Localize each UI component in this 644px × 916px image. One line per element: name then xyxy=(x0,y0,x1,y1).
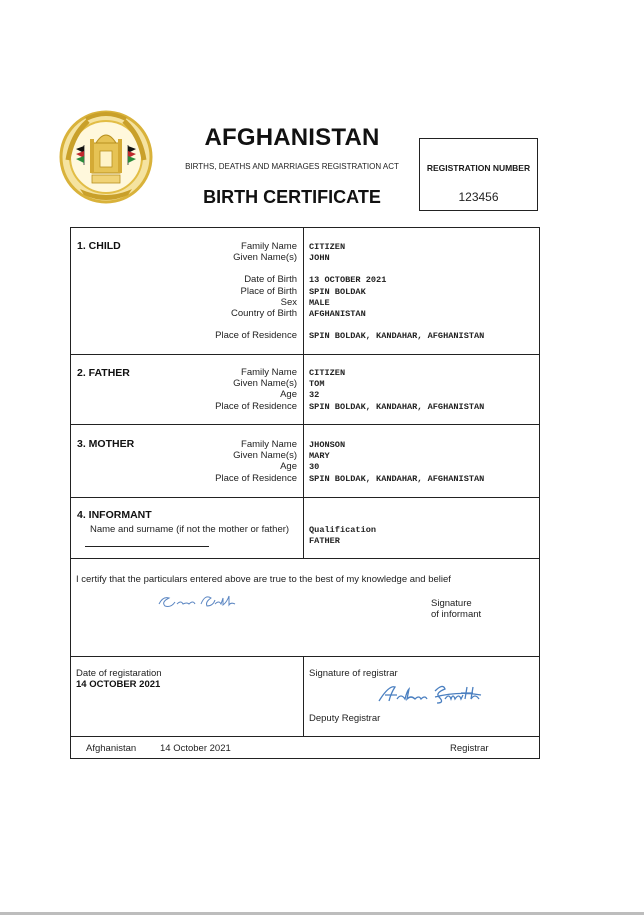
mother-labels: Family Name Given Name(s) Age Place of R… xyxy=(97,439,297,484)
footer-place: Afghanistan xyxy=(86,743,136,754)
label-place-of-residence: Place of Residence xyxy=(97,401,297,412)
registration-date-label: Date of registaration xyxy=(76,668,162,679)
father-given-names: TOM xyxy=(309,379,484,390)
child-date-of-birth: 13 OCTOBER 2021 xyxy=(309,275,484,286)
signature-label-line1: Signature xyxy=(431,598,481,609)
informant-signature-label: Signature of informant xyxy=(431,598,481,620)
divider xyxy=(71,497,539,498)
informant-name-label: Name and surname (if not the mother or f… xyxy=(90,524,289,535)
label-place-of-residence: Place of Residence xyxy=(97,330,297,341)
registration-number-value: 123456 xyxy=(420,190,537,204)
child-labels: Family Name Given Name(s) Date of Birth … xyxy=(97,241,297,341)
certificate-title: BIRTH CERTIFICATE xyxy=(170,187,414,208)
informant-signature xyxy=(157,592,237,617)
certification-statement: I certify that the particulars entered a… xyxy=(76,574,451,585)
registration-number-box: REGISTRATION NUMBER 123456 xyxy=(419,138,538,211)
country-heading: AFGHANISTAN xyxy=(170,124,414,152)
father-place-of-residence: SPIN BOLDAK, KANDAHAR, AFGHANISTAN xyxy=(309,402,484,413)
mother-family-name: JHONSON xyxy=(309,440,484,451)
label-age: Age xyxy=(97,461,297,472)
label-given-names: Given Name(s) xyxy=(97,252,297,263)
label-given-names: Given Name(s) xyxy=(97,378,297,389)
father-values: CITIZEN TOM 32 SPIN BOLDAK, KANDAHAR, AF… xyxy=(309,368,484,413)
registrar-signature xyxy=(375,683,485,710)
mother-place-of-residence: SPIN BOLDAK, KANDAHAR, AFGHANISTAN xyxy=(309,474,484,485)
certificate-table: 1. CHILD Family Name Given Name(s) Date … xyxy=(70,227,540,759)
label-date-of-birth: Date of Birth xyxy=(97,274,297,285)
label-place-of-residence: Place of Residence xyxy=(97,473,297,484)
label-age: Age xyxy=(97,389,297,400)
child-family-name: CITIZEN xyxy=(309,242,484,253)
label-family-name: Family Name xyxy=(97,241,297,252)
registrar-signature-label: Signature of registrar xyxy=(309,668,398,679)
registration-number-label: REGISTRATION NUMBER xyxy=(420,163,537,173)
child-given-names: JOHN xyxy=(309,253,484,264)
footer-role: Registrar xyxy=(450,743,489,754)
qualification-label: Qualification xyxy=(309,525,376,536)
registration-date-value: 14 OCTOBER 2021 xyxy=(76,679,160,690)
informant-name-blank-line[interactable] xyxy=(85,546,209,547)
label-place-of-birth: Place of Birth xyxy=(97,286,297,297)
divider xyxy=(71,354,539,355)
registration-act: BIRTHS, DEATHS AND MARRIAGES REGISTRATIO… xyxy=(170,162,414,171)
father-labels: Family Name Given Name(s) Age Place of R… xyxy=(97,367,297,412)
mother-age: 30 xyxy=(309,462,484,473)
divider xyxy=(71,736,539,737)
label-country-of-birth: Country of Birth xyxy=(97,308,297,319)
divider xyxy=(71,558,539,559)
label-family-name: Family Name xyxy=(97,439,297,450)
divider xyxy=(71,656,539,657)
signature-label-line2: of informant xyxy=(431,609,481,620)
page-bottom-edge xyxy=(0,912,644,915)
child-country-of-birth: AFGHANISTAN xyxy=(309,309,484,320)
mother-values: JHONSON MARY 30 SPIN BOLDAK, KANDAHAR, A… xyxy=(309,440,484,485)
column-divider xyxy=(303,228,304,558)
child-place-of-residence: SPIN BOLDAK, KANDAHAR, AFGHANISTAN xyxy=(309,331,484,342)
footer-date: 14 October 2021 xyxy=(160,743,231,754)
divider xyxy=(71,424,539,425)
child-values: CITIZEN JOHN 13 OCTOBER 2021 SPIN BOLDAK… xyxy=(309,242,484,342)
informant-qualification: Qualification FATHER xyxy=(309,525,376,547)
afghanistan-coat-of-arms-icon xyxy=(58,105,154,205)
father-family-name: CITIZEN xyxy=(309,368,484,379)
father-age: 32 xyxy=(309,390,484,401)
qualification-value: FATHER xyxy=(309,536,376,547)
deputy-registrar-label: Deputy Registrar xyxy=(309,713,380,724)
informant-section-title: 4. INFORMANT xyxy=(77,509,152,521)
child-place-of-birth: SPIN BOLDAK xyxy=(309,287,484,298)
label-sex: Sex xyxy=(97,297,297,308)
label-given-names: Given Name(s) xyxy=(97,450,297,461)
label-family-name: Family Name xyxy=(97,367,297,378)
mother-given-names: MARY xyxy=(309,451,484,462)
child-sex: MALE xyxy=(309,298,484,309)
